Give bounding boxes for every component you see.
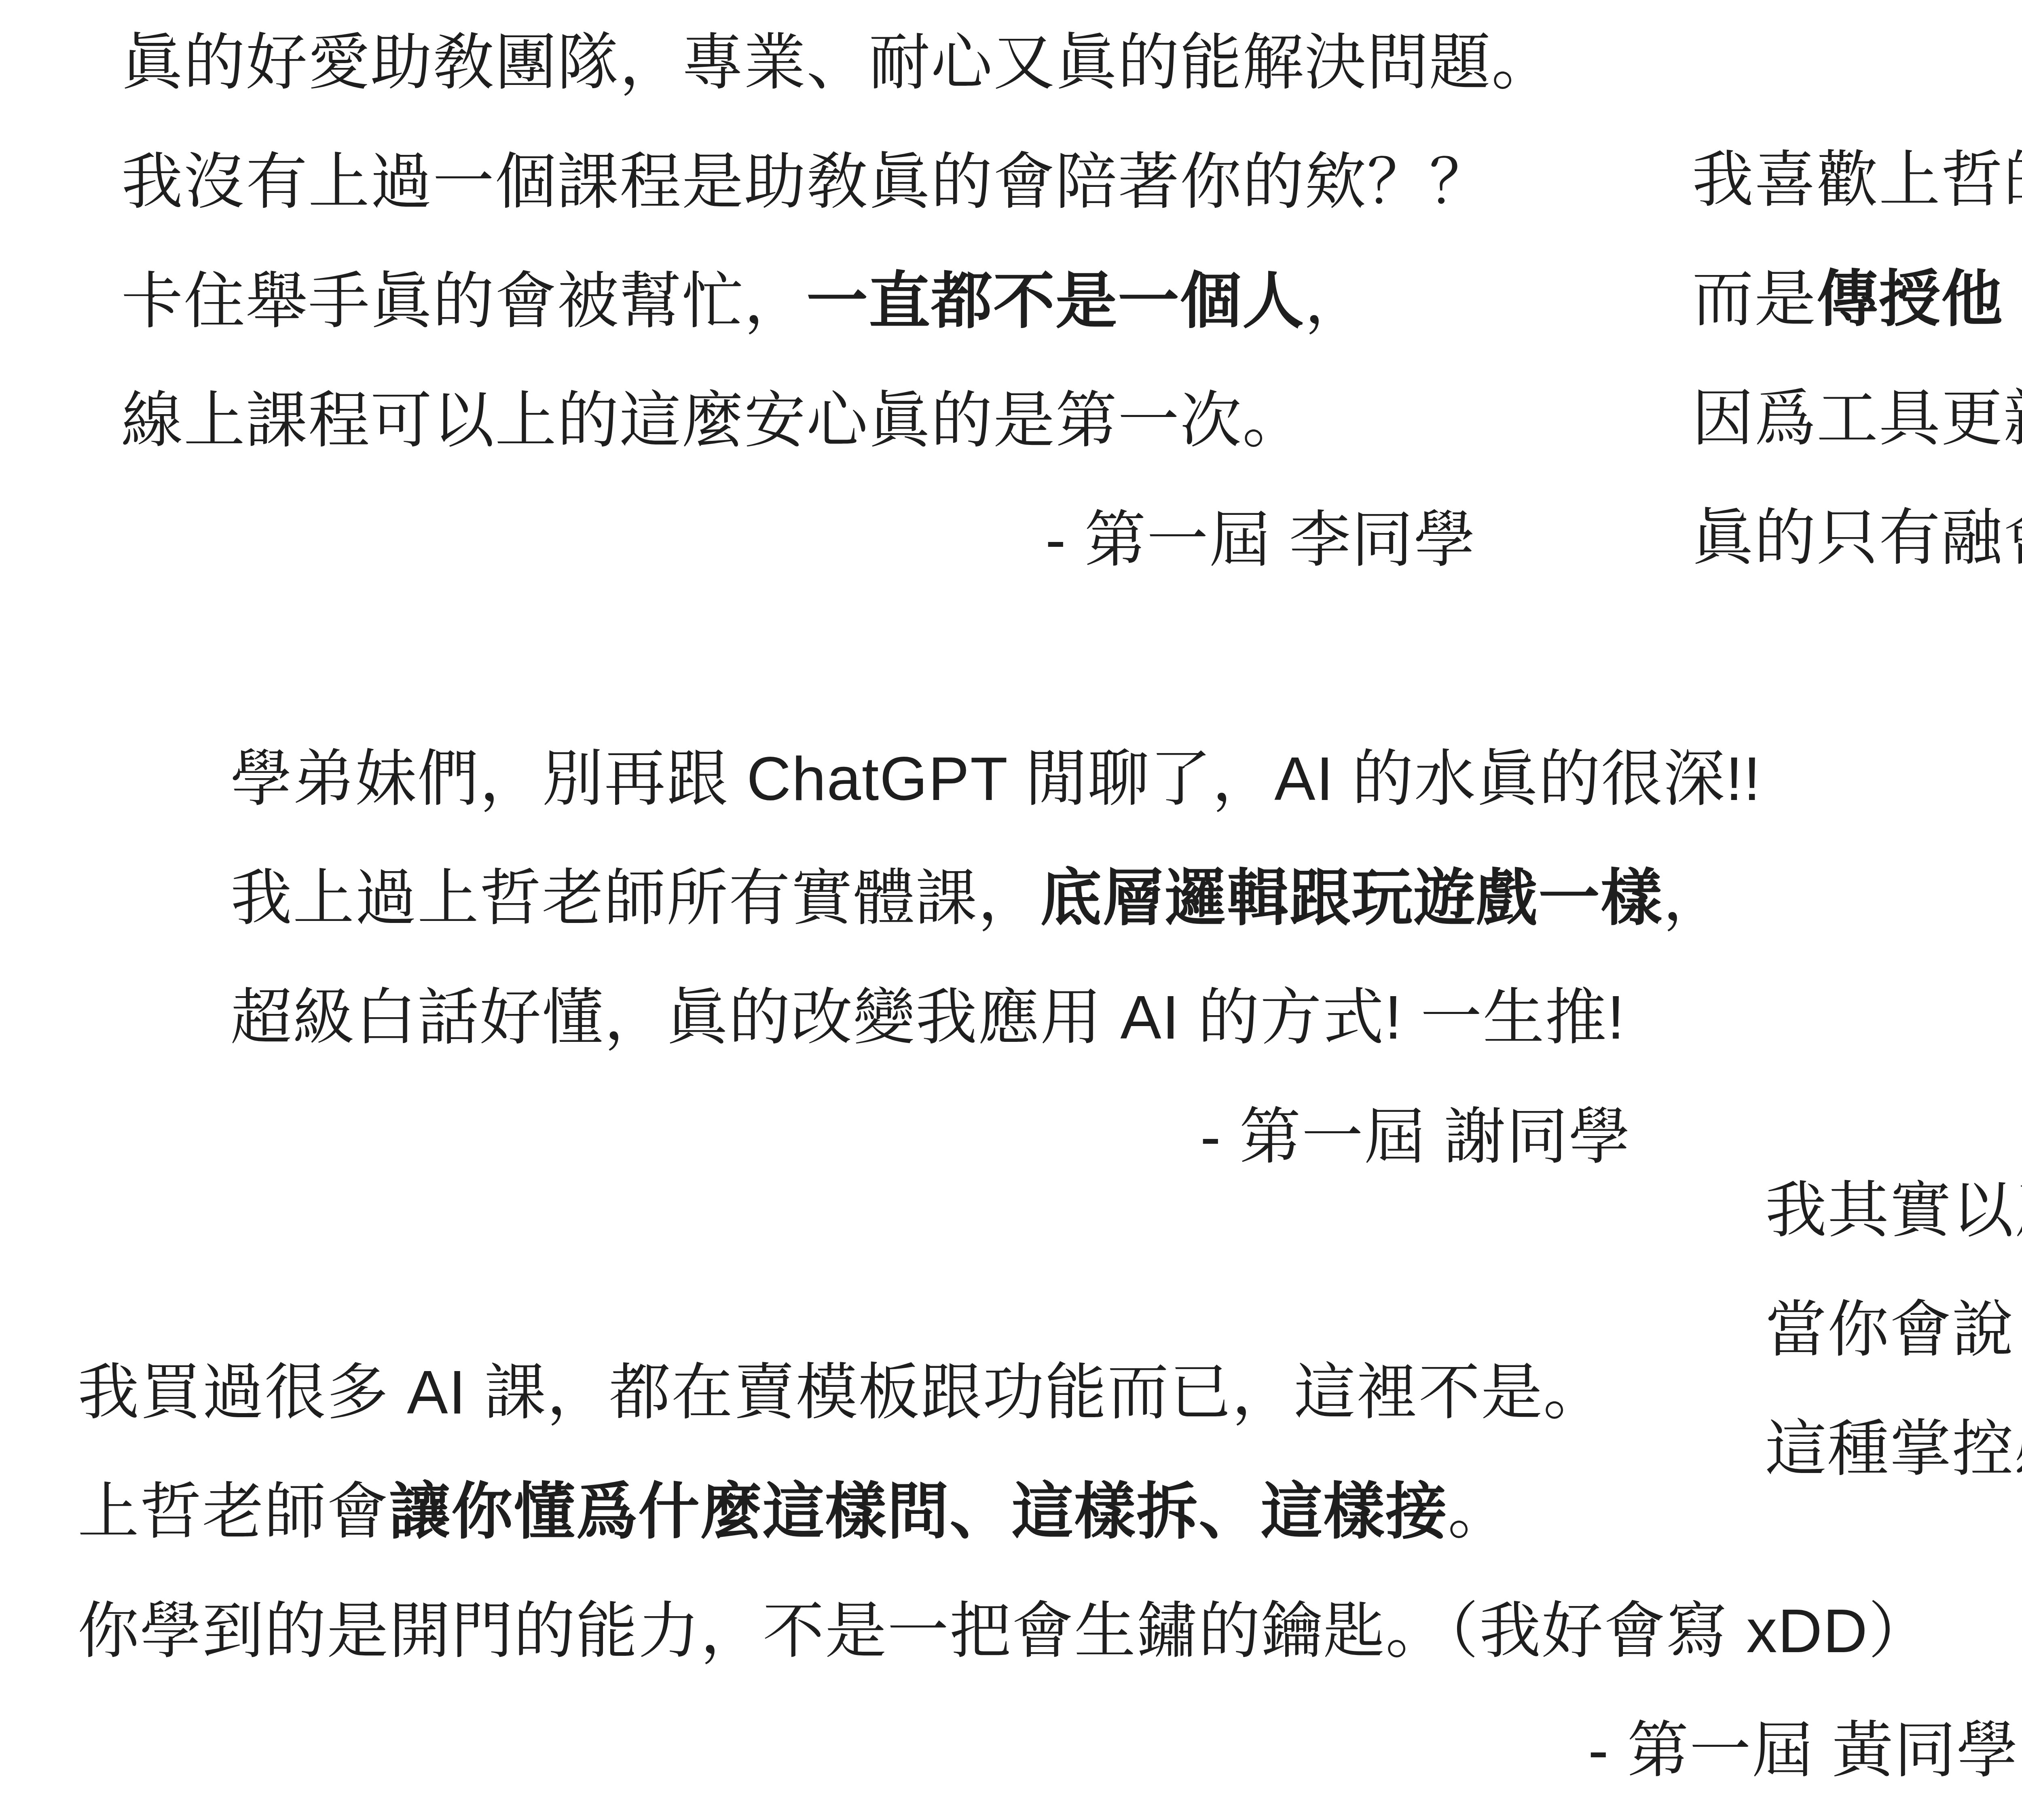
line-text: 因爲工具更新很快，學會工具沒有用， xyxy=(1692,384,2022,453)
line-text-bold: 讓你懂爲什麼這樣問、這樣拆、這樣接 xyxy=(389,1477,1448,1546)
line-text: 而是 xyxy=(1692,265,1817,334)
testimonial-line: 眞的只有融會貫通底層邏輯，AI 才眞的開始幫我上班 xyxy=(1692,478,2022,598)
line-text-bold: 傳授他「思考」的過程 xyxy=(1817,265,2022,334)
line-text: 眞的好愛助敎團隊，專業、耐心又眞的能解決問題。 xyxy=(121,28,1554,97)
line-text: 卡住舉手眞的會被幫忙， xyxy=(121,267,806,336)
testimonial-line: 我其實以爲是來學工具，結果學到的是跟 AI 對話的語言 xyxy=(1765,1151,2022,1270)
testimonial-line: 卡住舉手眞的會被幫忙，一直都不是一個人， xyxy=(121,242,1554,361)
testimonial-line: 眞的好愛助敎團隊，專業、耐心又眞的能解決問題。 xyxy=(121,3,1554,123)
testimonial-line: 因爲工具更新很快，學會工具沒有用， xyxy=(1692,359,2022,478)
testimonial-wall: 眞的好愛助敎團隊，專業、耐心又眞的能解決問題。 我沒有上過一個課程是助敎眞的會陪… xyxy=(0,0,2022,1820)
testimonial-li: 眞的好愛助敎團隊，專業、耐心又眞的能解決問題。 我沒有上過一個課程是助敎眞的會陪… xyxy=(121,3,1554,600)
line-text: 學弟妹們，別再跟 ChatGPT 閒聊了，AI 的水眞的很深!! xyxy=(231,745,1762,813)
line-text: 我喜歡上哲的地方，是他其實不是在「搬運知識」， xyxy=(1692,146,2022,214)
line-text: ， xyxy=(1663,864,1725,933)
testimonial-line: 學弟妹們，別再跟 ChatGPT 閒聊了，AI 的水眞的很深!! xyxy=(231,720,1762,839)
testimonial-line: 我買過很多 AI 課，都在賣模板跟功能而已，這裡不是。 xyxy=(78,1333,2019,1452)
testimonial-line: 我上過上哲老師所有實體課，底層邏輯跟玩遊戲一樣， xyxy=(231,839,1762,958)
testimonial-huang: 我買過很多 AI 課，都在賣模板跟功能而已，這裡不是。 上哲老師會讓你懂爲什麼這… xyxy=(78,1333,2019,1810)
testimonial-line: 超級白話好懂，眞的改變我應用 AI 的方式! 一生推! xyxy=(231,958,1762,1077)
testimonial-attribution: - 第一屆 謝同學 xyxy=(1200,1077,1762,1197)
line-text: 我沒有上過一個課程是助敎眞的會陪著你的欸？？ xyxy=(121,148,1491,216)
testimonial-line: 上哲老師會讓你懂爲什麼這樣問、這樣拆、這樣接。 xyxy=(78,1452,2019,1572)
testimonial-line: 我喜歡上哲的地方，是他其實不是在「搬運知識」， xyxy=(1692,121,2022,240)
testimonial-attribution: - 第一屆 黃同學 xyxy=(1588,1691,2019,1810)
line-text: 我其實以爲是來學工具，結果學到的是跟 AI 對話的語言 xyxy=(1765,1176,2022,1245)
line-text: ， xyxy=(1305,267,1367,336)
line-text: 線上課程可以上的這麼安心眞的是第一次。 xyxy=(121,386,1305,455)
line-text-bold: 底層邏輯跟玩遊戲一樣 xyxy=(1040,864,1663,933)
line-text-bold: 一直都不是一個人 xyxy=(806,267,1305,336)
line-text: 我買過很多 AI 課，都在賣模板跟功能而已，這裡不是。 xyxy=(78,1358,1605,1427)
testimonial-line: 線上課程可以上的這麼安心眞的是第一次。 xyxy=(121,361,1554,480)
testimonial-attribution: - 第一屆 李同學 xyxy=(1045,480,1554,600)
testimonial-line: 而是傳授他「思考」的過程。 xyxy=(1692,240,2022,359)
line-text: 眞的只有融會貫通底層邏輯，AI 才眞的開始幫我上班 xyxy=(1692,504,2022,572)
testimonial-line: 你學到的是開門的能力，不是一把會生鏽的鑰匙。（我好會寫 xDD） xyxy=(78,1572,2019,1691)
line-text: 超級白話好懂，眞的改變我應用 AI 的方式! 一生推! xyxy=(231,983,1625,1052)
testimonial-line: 我沒有上過一個課程是助敎眞的會陪著你的欸？？ xyxy=(121,123,1554,242)
line-text: 你學到的是開門的能力，不是一把會生鏽的鑰匙。（我好會寫 xDD） xyxy=(78,1597,1931,1666)
testimonial-hsieh: 學弟妹們，別再跟 ChatGPT 閒聊了，AI 的水眞的很深!! 我上過上哲老師… xyxy=(231,720,1762,1197)
line-text: 。 xyxy=(1448,1477,1510,1546)
testimonial-chen: 我喜歡上哲的地方，是他其實不是在「搬運知識」， 而是傳授他「思考」的過程。 因爲… xyxy=(1692,121,2022,717)
line-text: 我上過上哲老師所有實體課， xyxy=(231,864,1040,933)
line-text: 上哲老師會 xyxy=(78,1477,389,1546)
